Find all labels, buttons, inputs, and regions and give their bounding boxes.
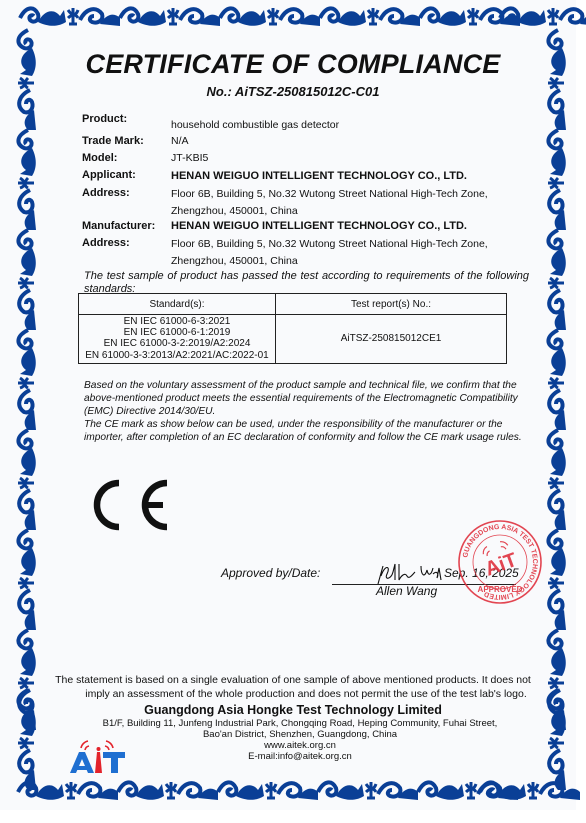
certificate-title: CERTIFICATE OF COMPLIANCE	[0, 49, 586, 80]
ce-mark-icon	[83, 475, 173, 535]
standards-cell: EN IEC 61000-6-3:2021 EN IEC 61000-6-1:2…	[79, 315, 276, 364]
approved-by-label: Approved by/Date:	[221, 566, 320, 580]
standard-item: EN IEC 61000-3-2:2019/A2:2024	[79, 338, 275, 349]
conformity-paragraph-2: The CE mark as show below can be used, u…	[84, 418, 530, 444]
statement-line-2: imply an assessment of the whole product…	[0, 687, 586, 701]
approver-name: Allen Wang	[376, 584, 437, 598]
company-name: Guangdong Asia Hongke Test Technology Li…	[0, 703, 586, 717]
svg-text:APPROVED: APPROVED	[478, 585, 523, 594]
conformity-text: Based on the voluntary assessment of the…	[84, 379, 530, 444]
trade-mark-value: N/A	[171, 135, 189, 147]
company-address: B1/F, Building 11, Junfeng Industrial Pa…	[60, 718, 540, 762]
standards-header: Standard(s):	[79, 294, 276, 315]
manufacturer-address-label: Address:	[82, 237, 130, 249]
model-value: JT-KBI5	[171, 152, 208, 164]
applicant-address-label: Address:	[82, 187, 130, 199]
address-line-1: B1/F, Building 11, Junfeng Industrial Pa…	[60, 718, 540, 729]
disclaimer-statement: The statement is based on a single evalu…	[0, 673, 586, 701]
standard-item: EN 61000-3-3:2013/A2:2021/AC:2022-01	[79, 350, 275, 361]
manufacturer-address-line2: Zhengzhou, 450001, China	[171, 255, 298, 267]
manufacturer-address-line1: Floor 6B, Building 5, No.32 Wutong Stree…	[171, 238, 488, 250]
manufacturer-value: HENAN WEIGUO INTELLIGENT TECHNOLOGY CO.,…	[171, 220, 467, 232]
report-header: Test report(s) No.:	[276, 294, 507, 315]
statement-line-1: The statement is based on a single evalu…	[0, 673, 586, 687]
product-label: Product:	[82, 113, 127, 125]
applicant-label: Applicant:	[82, 169, 136, 181]
approved-stamp: GUANGDONG ASIA TEST TECHNOLOGY LIMITED A…	[457, 519, 543, 605]
signature	[375, 562, 445, 586]
report-number-cell: AiTSZ-250815012CE1	[276, 315, 507, 364]
applicant-address-line2: Zhengzhou, 450001, China	[171, 205, 298, 217]
product-value: household combustible gas detector	[171, 119, 339, 131]
certificate-number: No.: AiTSZ-250815012C-C01	[0, 84, 586, 99]
model-label: Model:	[82, 152, 117, 164]
company-website[interactable]: www.aitek.org.cn	[60, 740, 540, 751]
trade-mark-label: Trade Mark:	[82, 135, 144, 147]
applicant-address-line1: Floor 6B, Building 5, No.32 Wutong Stree…	[171, 188, 488, 200]
standard-item: EN IEC 61000-6-1:2019	[79, 327, 275, 338]
standard-item: EN IEC 61000-6-3:2021	[79, 316, 275, 327]
address-line-2: Bao'an District, Shenzhen, Guangdong, Ch…	[60, 729, 540, 740]
standards-table: Standard(s): Test report(s) No.: EN IEC …	[78, 293, 507, 364]
ait-logo	[67, 738, 127, 774]
conformity-paragraph-1: Based on the voluntary assessment of the…	[84, 379, 530, 418]
applicant-value: HENAN WEIGUO INTELLIGENT TECHNOLOGY CO.,…	[171, 170, 467, 182]
company-email[interactable]: E-mail:info@aitek.org.cn	[60, 751, 540, 762]
manufacturer-label: Manufacturer:	[82, 220, 155, 232]
